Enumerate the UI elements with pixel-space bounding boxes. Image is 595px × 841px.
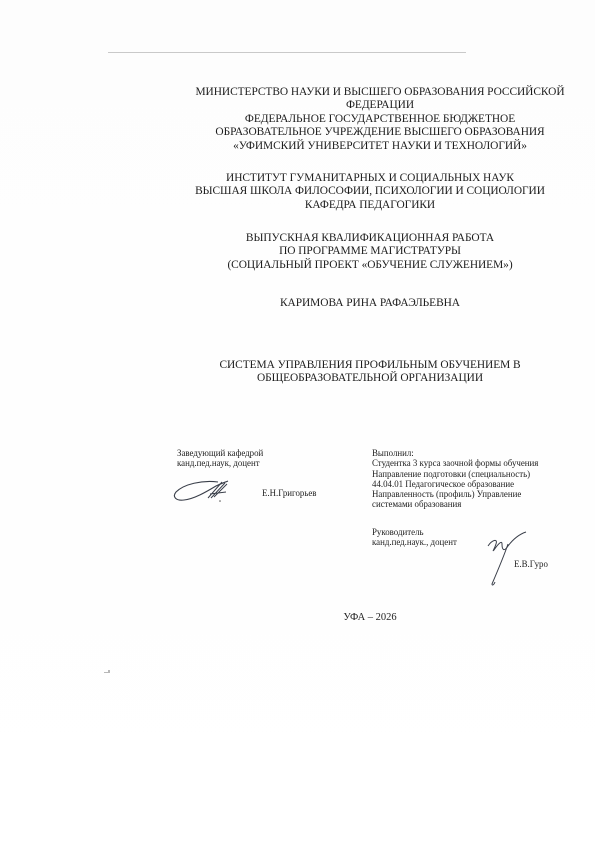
completed-by-line: Студентка 3 курса заочной формы обучения bbox=[372, 458, 538, 468]
title-line: СИСТЕМА УПРАВЛЕНИЯ ПРОФИЛЬНЫМ ОБУЧЕНИЕМ … bbox=[200, 359, 540, 372]
scan-artifact bbox=[108, 670, 110, 672]
ministry-header: МИНИСТЕРСТВО НАУКИ И ВЫСШЕГО ОБРАЗОВАНИЯ… bbox=[170, 86, 590, 153]
head-of-department-name: Е.Н.Григорьев bbox=[262, 488, 317, 498]
author-name: КАРИМОВА РИНА РАФАЭЛЬЕВНА bbox=[200, 297, 540, 310]
header-line: ФЕДЕРАЛЬНОЕ ГОСУДАРСТВЕННОЕ БЮДЖЕТНОЕ bbox=[170, 113, 590, 126]
title-line: ОБЩЕОБРАЗОВАТЕЛЬНОЙ ОРГАНИЗАЦИИ bbox=[200, 372, 540, 385]
work-type: ВЫПУСКНАЯ КВАЛИФИКАЦИОННАЯ РАБОТА ПО ПРО… bbox=[200, 232, 540, 272]
scan-top-rule bbox=[108, 52, 466, 53]
head-degree: канд.пед.наук, доцент bbox=[177, 458, 263, 468]
header-line: МИНИСТЕРСТВО НАУКИ И ВЫСШЕГО ОБРАЗОВАНИЯ… bbox=[170, 86, 590, 99]
institute-line: ИНСТИТУТ ГУМАНИТАРНЫХ И СОЦИАЛЬНЫХ НАУК bbox=[180, 172, 560, 185]
thesis-title: СИСТЕМА УПРАВЛЕНИЯ ПРОФИЛЬНЫМ ОБУЧЕНИЕМ … bbox=[200, 359, 540, 386]
head-role: Заведующий кафедрой bbox=[177, 448, 263, 458]
header-line: «УФИМСКИЙ УНИВЕРСИТЕТ НАУКИ И ТЕХНОЛОГИЙ… bbox=[170, 140, 590, 153]
institute-line: КАФЕДРА ПЕДАГОГИКИ bbox=[180, 199, 560, 212]
supervisor-degree: канд.пед.наук., доцент bbox=[372, 537, 457, 547]
institute-line: ВЫСШАЯ ШКОЛА ФИЛОСОФИИ, ПСИХОЛОГИИ И СОЦ… bbox=[180, 185, 560, 198]
completed-by-line: Направленность (профиль) Управление bbox=[372, 489, 538, 499]
head-of-department-block: Заведующий кафедрой канд.пед.наук, доцен… bbox=[177, 448, 263, 469]
supervisor-name: Е.В.Гуро bbox=[514, 559, 548, 569]
city-year: УФА – 2026 bbox=[300, 612, 440, 623]
completed-by-line: Направление подготовки (специальность) bbox=[372, 469, 538, 479]
author-line: КАРИМОВА РИНА РАФАЭЛЬЕВНА bbox=[200, 297, 540, 310]
completed-by-line: Выполнил: bbox=[372, 448, 538, 458]
completed-by-line: системами образования bbox=[372, 499, 538, 509]
scan-artifact bbox=[104, 672, 110, 673]
header-line: ФЕДЕРАЦИИ bbox=[170, 99, 590, 112]
supervisor-role: Руководитель bbox=[372, 527, 457, 537]
work-type-line: ПО ПРОГРАММЕ МАГИСТРАТУРЫ bbox=[200, 245, 540, 258]
institute-header: ИНСТИТУТ ГУМАНИТАРНЫХ И СОЦИАЛЬНЫХ НАУК … bbox=[180, 172, 560, 212]
signature-icon bbox=[172, 476, 234, 504]
supervisor-block: Руководитель канд.пед.наук., доцент bbox=[372, 527, 457, 548]
work-type-line: (СОЦИАЛЬНЫЙ ПРОЕКТ «ОБУЧЕНИЕ СЛУЖЕНИЕМ») bbox=[200, 259, 540, 272]
completed-by-block: Выполнил: Студентка 3 курса заочной форм… bbox=[372, 448, 538, 510]
work-type-line: ВЫПУСКНАЯ КВАЛИФИКАЦИОННАЯ РАБОТА bbox=[200, 232, 540, 245]
header-line: ОБРАЗОВАТЕЛЬНОЕ УЧРЕЖДЕНИЕ ВЫСШЕГО ОБРАЗ… bbox=[170, 126, 590, 139]
completed-by-line: 44.04.01 Педагогическое образование bbox=[372, 479, 538, 489]
